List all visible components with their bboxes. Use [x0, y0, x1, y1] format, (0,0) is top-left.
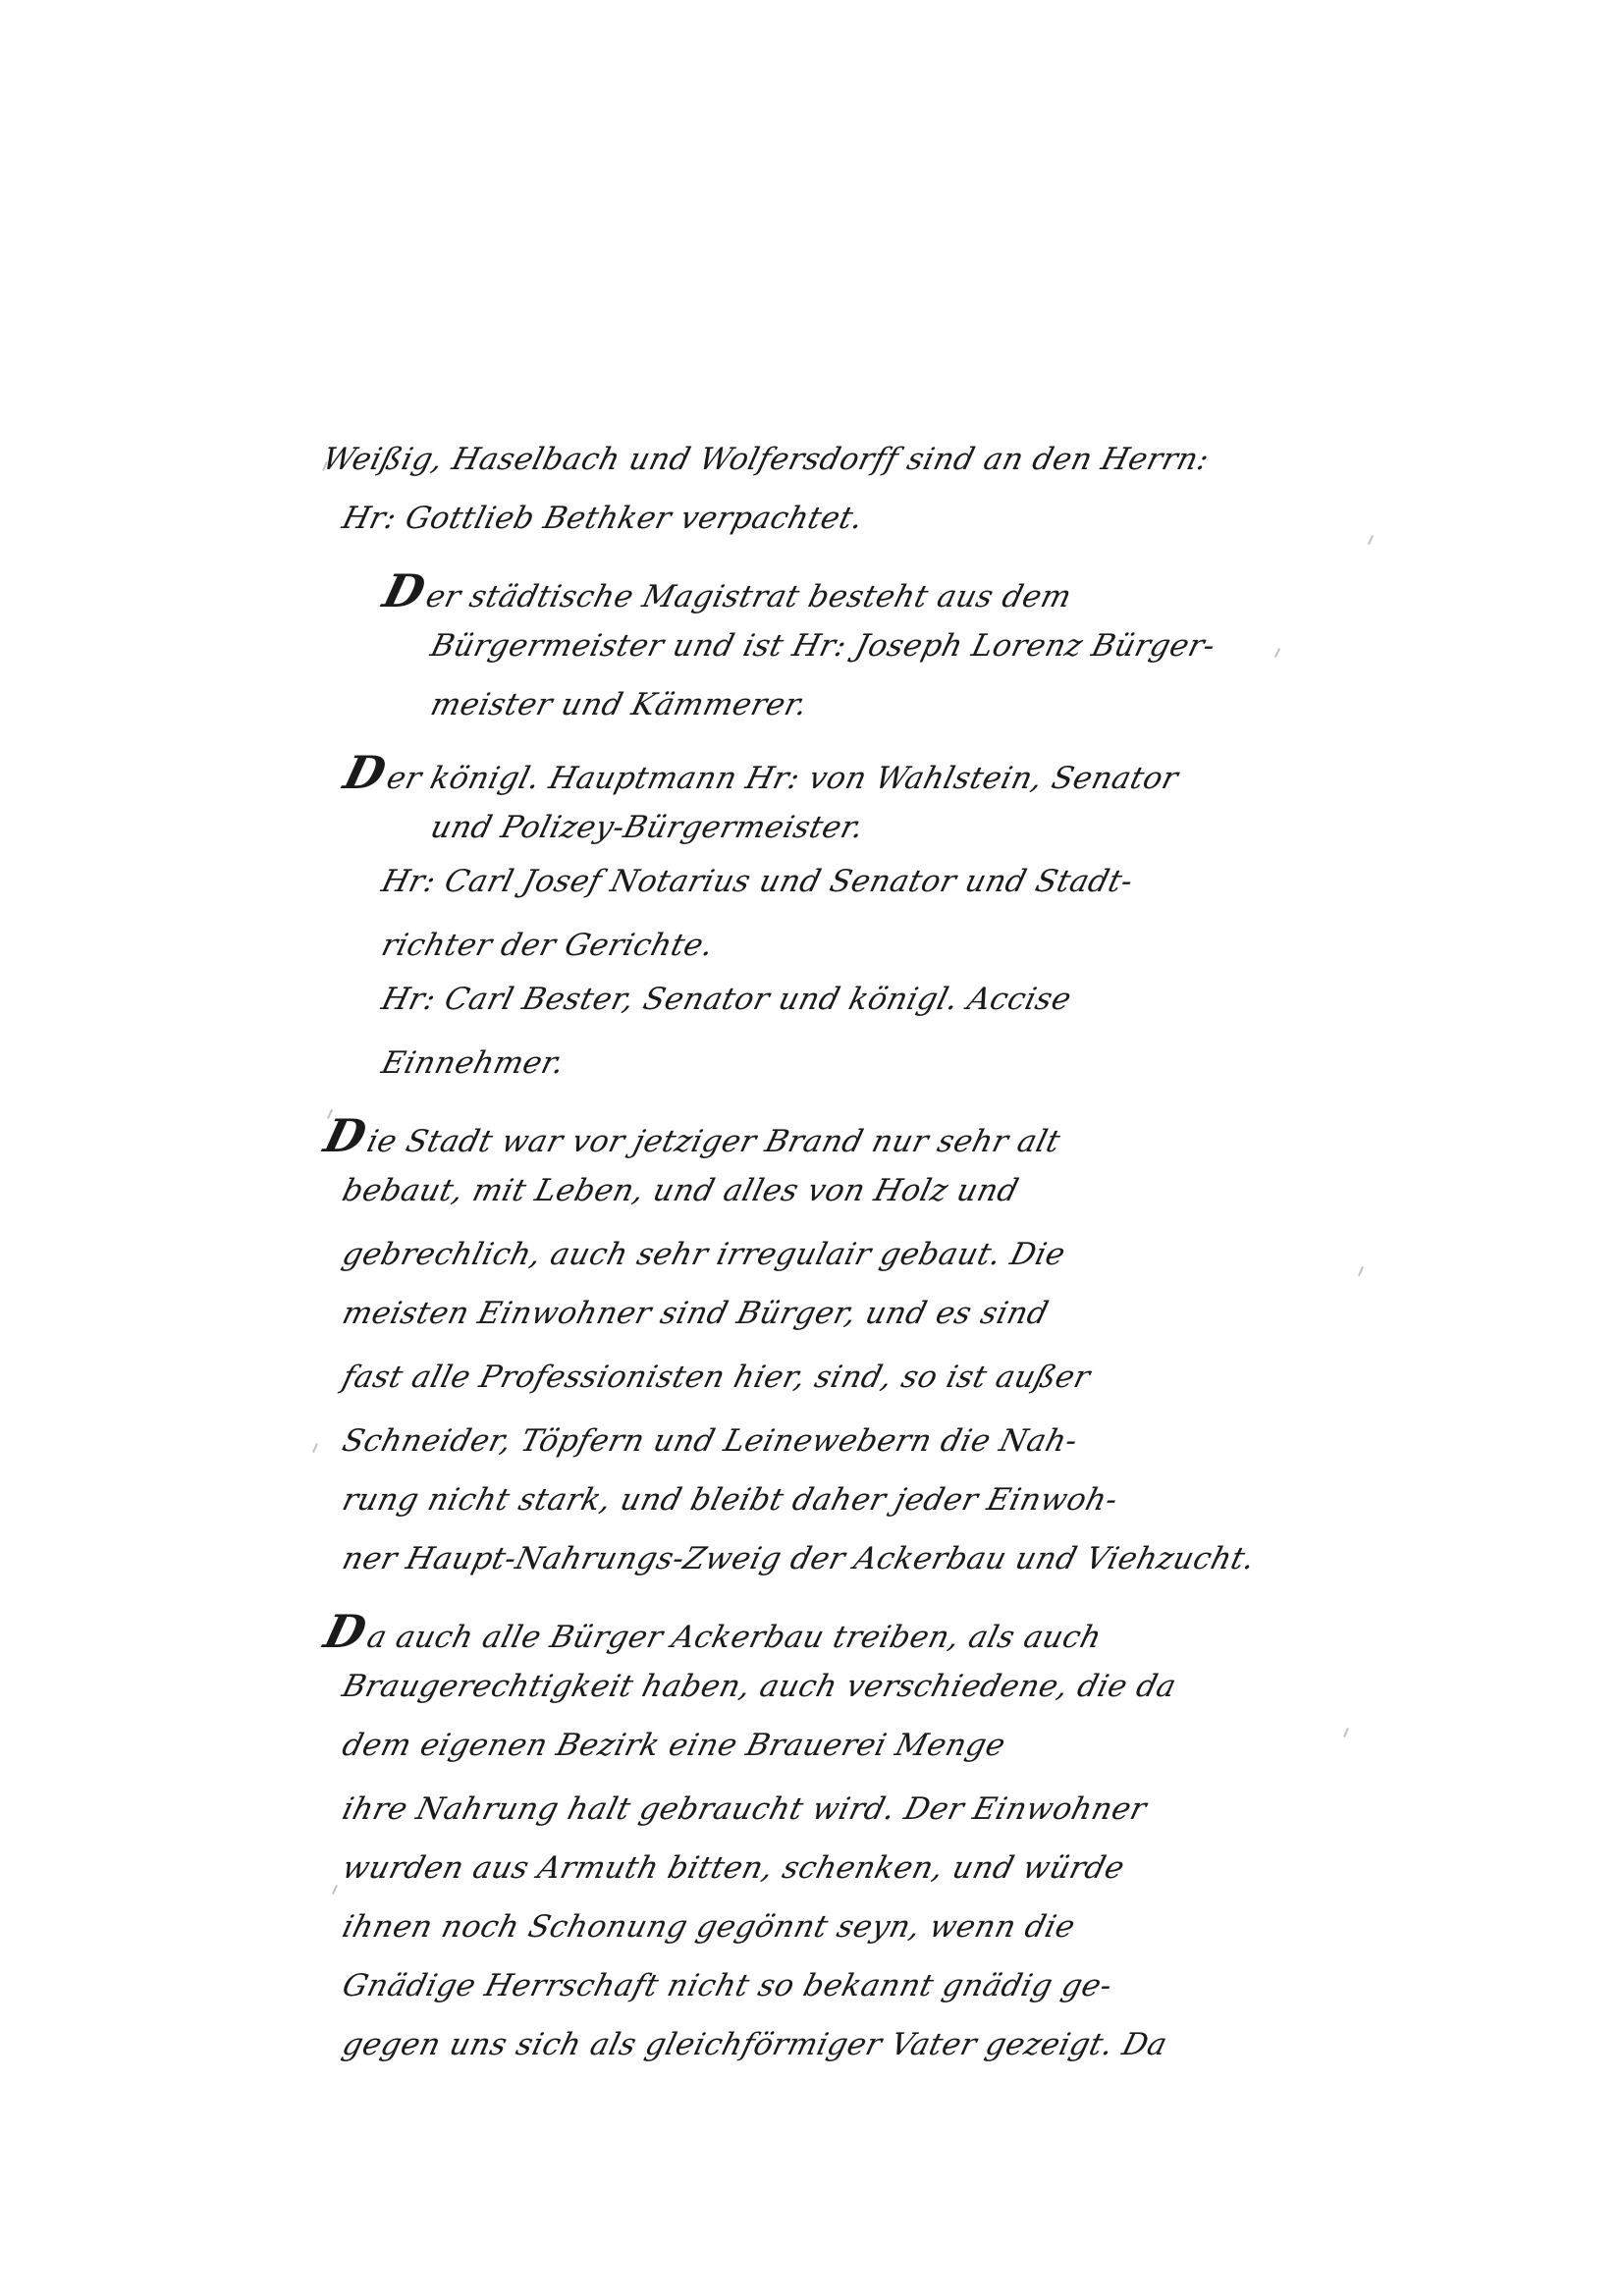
manuscript-line: ner Haupt-Nahrungs-Zweig der Ackerbau un… [339, 1541, 1259, 1576]
manuscript-line: ihre Nahrung halt gebraucht wird. Der Ei… [339, 1791, 1151, 1827]
line-text: und Polizey-Bürgermeister. [427, 810, 868, 845]
line-text: Gnädige Herrschaft nicht so bekannt gnäd… [339, 1968, 1116, 2003]
manuscript-line: bebaut, mit Leben, und alles von Holz un… [339, 1173, 1022, 1208]
manuscript-page: Weißig, Haselbach und Wolfersdorff sind … [0, 0, 1624, 2296]
line-text: ner Haupt-Nahrungs-Zweig der Ackerbau un… [339, 1541, 1259, 1576]
line-text: fast alle Professionisten hier, sind, so… [339, 1360, 1094, 1395]
manuscript-line: Weißig, Haselbach und Wolfersdorff sind … [319, 442, 1213, 477]
scan-speck [1343, 1728, 1349, 1737]
manuscript-line: und Polizey-Bürgermeister. [427, 810, 868, 845]
line-text: Einnehmer. [378, 1045, 568, 1081]
manuscript-line: Der städtische Magistrat besteht aus dem [378, 564, 1079, 617]
manuscript-line: Hr: Gottlieb Bethker verpachtet. [339, 501, 867, 536]
scan-speck [1358, 1266, 1364, 1276]
manuscript-line: Gnädige Herrschaft nicht so bekannt gnäd… [339, 1968, 1116, 2003]
manuscript-line: gebrechlich, auch sehr irregulair gebaut… [339, 1237, 1069, 1272]
manuscript-line: Der königl. Hauptmann Hr: von Wahlstein,… [339, 746, 1186, 799]
line-text: Schneider, Töpfern und Leinewebern die N… [339, 1423, 1081, 1459]
line-text: wurden aus Armuth bitten, schenken, und … [339, 1850, 1128, 1886]
manuscript-line: Einnehmer. [378, 1045, 568, 1081]
scan-speck [1274, 648, 1280, 658]
line-text: er königl. Hauptmann Hr: von Wahlstein, … [383, 761, 1182, 796]
line-text: Braugerechtigkeit haben, auch verschiede… [339, 1669, 1180, 1704]
line-text: gebrechlich, auch sehr irregulair gebaut… [339, 1237, 1069, 1272]
manuscript-line: meisten Einwohner sind Bürger, und es si… [339, 1296, 1053, 1331]
manuscript-line: Die Stadt war vor jetziger Brand nur seh… [319, 1109, 1067, 1162]
line-text: Bürgermeister und ist Hr: Joseph Lorenz … [427, 628, 1219, 664]
line-text: gegen uns sich als gleichförmiger Vater … [339, 2027, 1171, 2062]
scan-speck [1368, 535, 1374, 545]
manuscript-line: gegen uns sich als gleichförmiger Vater … [339, 2027, 1171, 2062]
line-text: meister und Kämmerer. [427, 687, 811, 722]
line-text: ihnen noch Schonung gegönnt seyn, wenn d… [339, 1909, 1079, 1945]
scan-speck [312, 1443, 318, 1453]
line-text: richter der Gerichte. [378, 928, 718, 963]
line-text: bebaut, mit Leben, und alles von Holz un… [339, 1173, 1022, 1208]
manuscript-line: fast alle Professionisten hier, sind, so… [339, 1360, 1094, 1395]
line-text: Hr: Carl Bester, Senator und königl. Acc… [378, 982, 1075, 1017]
manuscript-line: dem eigenen Bezirk eine Brauerei Menge [339, 1728, 1009, 1763]
manuscript-line: Da auch alle Bürger Ackerbau treiben, al… [319, 1605, 1109, 1658]
line-text: Hr: Carl Josef Notarius und Senator und … [378, 864, 1137, 899]
line-text: a auch alle Bürger Ackerbau treiben, als… [363, 1620, 1106, 1655]
line-text: meisten Einwohner sind Bürger, und es si… [339, 1296, 1053, 1331]
manuscript-line: ihnen noch Schonung gegönnt seyn, wenn d… [339, 1909, 1079, 1945]
line-text: er städtische Magistrat besteht aus dem [422, 579, 1075, 614]
manuscript-line: rung nicht stark, und bleibt daher jeder… [339, 1482, 1121, 1518]
line-text: Hr: Gottlieb Bethker verpachtet. [339, 501, 867, 536]
line-text: ihre Nahrung halt gebraucht wird. Der Ei… [339, 1791, 1151, 1827]
line-text: ie Stadt war vor jetziger Brand nur sehr… [363, 1124, 1064, 1159]
manuscript-line: Hr: Carl Josef Notarius und Senator und … [378, 864, 1137, 899]
manuscript-line: Schneider, Töpfern und Leinewebern die N… [339, 1423, 1081, 1459]
manuscript-line: Braugerechtigkeit haben, auch verschiede… [339, 1669, 1180, 1704]
scan-speck [332, 1885, 338, 1895]
line-text: Weißig, Haselbach und Wolfersdorff sind … [319, 442, 1213, 477]
line-text: dem eigenen Bezirk eine Brauerei Menge [339, 1728, 1009, 1763]
manuscript-line: Hr: Carl Bester, Senator und königl. Acc… [378, 982, 1075, 1017]
manuscript-line: wurden aus Armuth bitten, schenken, und … [339, 1850, 1128, 1886]
manuscript-line: richter der Gerichte. [378, 928, 718, 963]
manuscript-line: Bürgermeister und ist Hr: Joseph Lorenz … [427, 628, 1219, 664]
manuscript-line: meister und Kämmerer. [427, 687, 811, 722]
line-text: rung nicht stark, und bleibt daher jeder… [339, 1482, 1121, 1518]
